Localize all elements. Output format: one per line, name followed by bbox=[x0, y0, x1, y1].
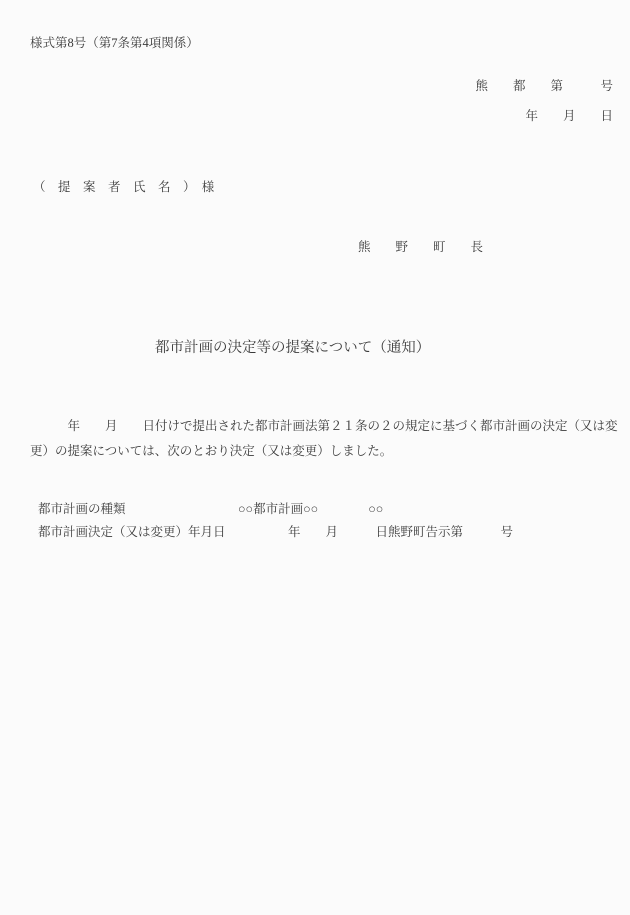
date-line: 年 月 日 bbox=[525, 108, 613, 125]
field-plan-type-line: 都市計画の種類 ○○都市計画○○ ○○ bbox=[38, 501, 383, 518]
document-page: 様式第8号（第7条第4項関係） 熊 都 第 号 年 月 日 （ 提 案 者 氏 … bbox=[0, 0, 630, 915]
form-number: 様式第8号（第7条第4項関係） bbox=[30, 35, 199, 52]
field-decision-date-line: 都市計画決定（又は変更）年月日 年 月 日熊野町告示第 号 bbox=[38, 524, 513, 541]
body-line-2: 更）の提案については、次のとおり決定（又は変更）しました。 bbox=[30, 443, 392, 460]
reference-number-line: 熊 都 第 号 bbox=[475, 78, 613, 95]
document-title: 都市計画の決定等の提案について（通知） bbox=[155, 338, 430, 358]
addressee-line: （ 提 案 者 氏 名 ） 様 bbox=[33, 179, 214, 196]
mayor-signature-line: 熊 野 町 長 bbox=[358, 239, 483, 256]
body-line-1: 年 月 日付けで提出された都市計画法第２１条の２の規定に基づく都市計画の決定（又… bbox=[30, 418, 618, 435]
